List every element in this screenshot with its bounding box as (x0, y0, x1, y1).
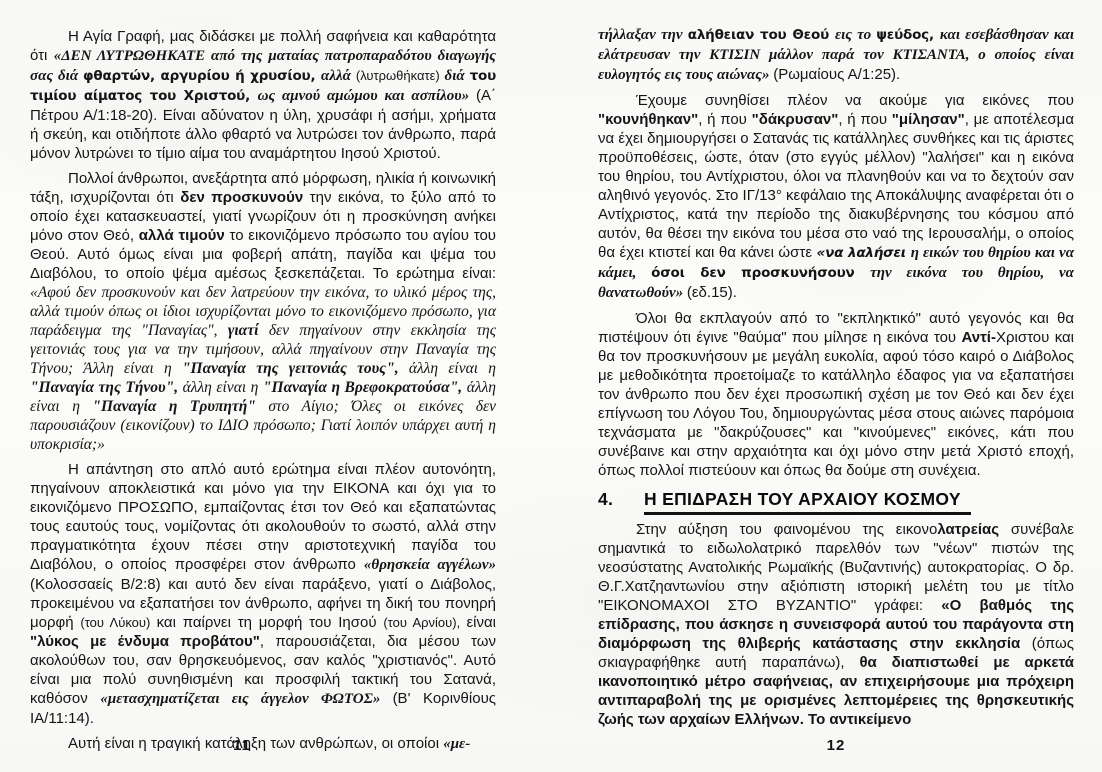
text-run: εις το (835, 27, 876, 43)
paragraph: Η απάντηση στο απλό αυτό ερώτημα είναι π… (30, 460, 496, 728)
text-run: Χριστου και θα τον προσκυνήσουν με μεγάλ… (598, 329, 1074, 479)
page-number-right: 12 (806, 736, 866, 755)
text-run: δεν προσκυνούν (180, 189, 309, 206)
text-run: είναι (466, 614, 496, 631)
text-run: , ή που (838, 111, 891, 128)
book-spread: Η Αγία Γραφή, μας διδάσκει με πολλή σαφή… (0, 0, 1102, 772)
text-run: «μετασχηματίζεται εις άγγελον ΦΩΤΟΣ» (100, 691, 392, 707)
text-run: αλήθειαν του Θεού (688, 27, 835, 43)
paragraph: τήλλαξαν την αλήθειαν του Θεού εις το ψε… (598, 25, 1074, 85)
text-run: "Παναγία η Βρεφοκρατούσα", (263, 379, 467, 396)
page-left: Η Αγία Γραφή, μας διδάσκει με πολλή σαφή… (30, 27, 496, 760)
text-run: «με- (443, 736, 470, 752)
text-run: "μίλησαν" (892, 111, 965, 128)
paragraph: Η Αγία Γραφή, μας διδάσκει με πολλή σαφή… (30, 27, 496, 163)
paragraph: Στην αύξηση του φαινομένου της εικονολατ… (598, 520, 1074, 729)
text-run: ψεύδος, (876, 27, 940, 43)
page-number-left: 11 (212, 736, 272, 755)
text-run: (λυτρωθήκατε) (356, 68, 445, 83)
text-run: "Παναγία η Τρυπητή" (92, 398, 268, 415)
text-run: γιατί (228, 322, 269, 339)
text-run: (Ρωμαίους Α/1:25). (773, 66, 900, 83)
text-run: «θρησκεία αγγέλων» (364, 557, 496, 573)
text-run: άλλη είναι η (409, 360, 496, 377)
text-run: ως αμνού αμώμου και ασπίλου» (258, 88, 476, 104)
text-run: Έχουμε συνηθίσει πλέον να ακούμε για εικ… (636, 92, 1074, 109)
section-title: Η ΕΠΙΔΡΑΣΗ ΤΟΥ ΑΡΧΑΙΟΥ ΚΟΣΜΟΥ (644, 489, 971, 515)
text-run: και παίρνει τη μορφή του Ιησού (157, 614, 384, 631)
section-heading: 4. Η ΕΠΙΔΡΑΣΗ ΤΟΥ ΑΡΧΑΙΟΥ ΚΟΣΜΟΥ (598, 489, 1074, 515)
text-run: "Παναγία της γειτονιάς τους", (182, 360, 409, 377)
text-run: «να λαλήσει (817, 245, 911, 261)
text-run: όσοι δεν προσκυνήσουν (651, 265, 870, 281)
text-run: τήλλαξαν την (598, 27, 688, 43)
text-run: , με αποτέλεσμα να έχει δημιουργήσει ο Σ… (598, 111, 1074, 261)
text-run: φθαρτών, αργυρίου ή χρυσίου, (83, 68, 321, 84)
text-run: "κουνήθηκαν" (598, 111, 698, 128)
text-run: λατρείας (937, 521, 1011, 538)
text-run: "δάκρυσαν" (752, 111, 839, 128)
text-run: αλλά τιμούν (139, 227, 230, 244)
paragraph: Έχουμε συνηθίσει πλέον να ακούμε για εικ… (598, 91, 1074, 303)
text-run: άλλη είναι η (183, 379, 263, 396)
text-run: (του Αρνίου), (383, 615, 466, 630)
text-run: "λύκος με ένδυμα προβάτου" (30, 633, 260, 650)
paragraph: Όλοι θα εκπλαγούν από το "εκπληκτικό" αυ… (598, 309, 1074, 480)
text-run: , ή που (698, 111, 751, 128)
text-run: διά (445, 68, 470, 84)
text-run: (του Λύκου) (80, 615, 156, 630)
paragraph: Πολλοί άνθρωποι, ανεξάρτητα από μόρφωση,… (30, 169, 496, 454)
text-run: (εδ.15). (687, 284, 737, 301)
text-run: αλλά (321, 68, 356, 84)
page-right: τήλλαξαν την αλήθειαν του Θεού εις το ψε… (598, 25, 1074, 735)
section-number: 4. (598, 489, 644, 510)
text-run: "Παναγία της Τήνου", (30, 379, 183, 396)
text-run: Αντί- (961, 329, 995, 346)
text-run: Στην αύξηση του φαινομένου της εικονο (636, 521, 937, 538)
